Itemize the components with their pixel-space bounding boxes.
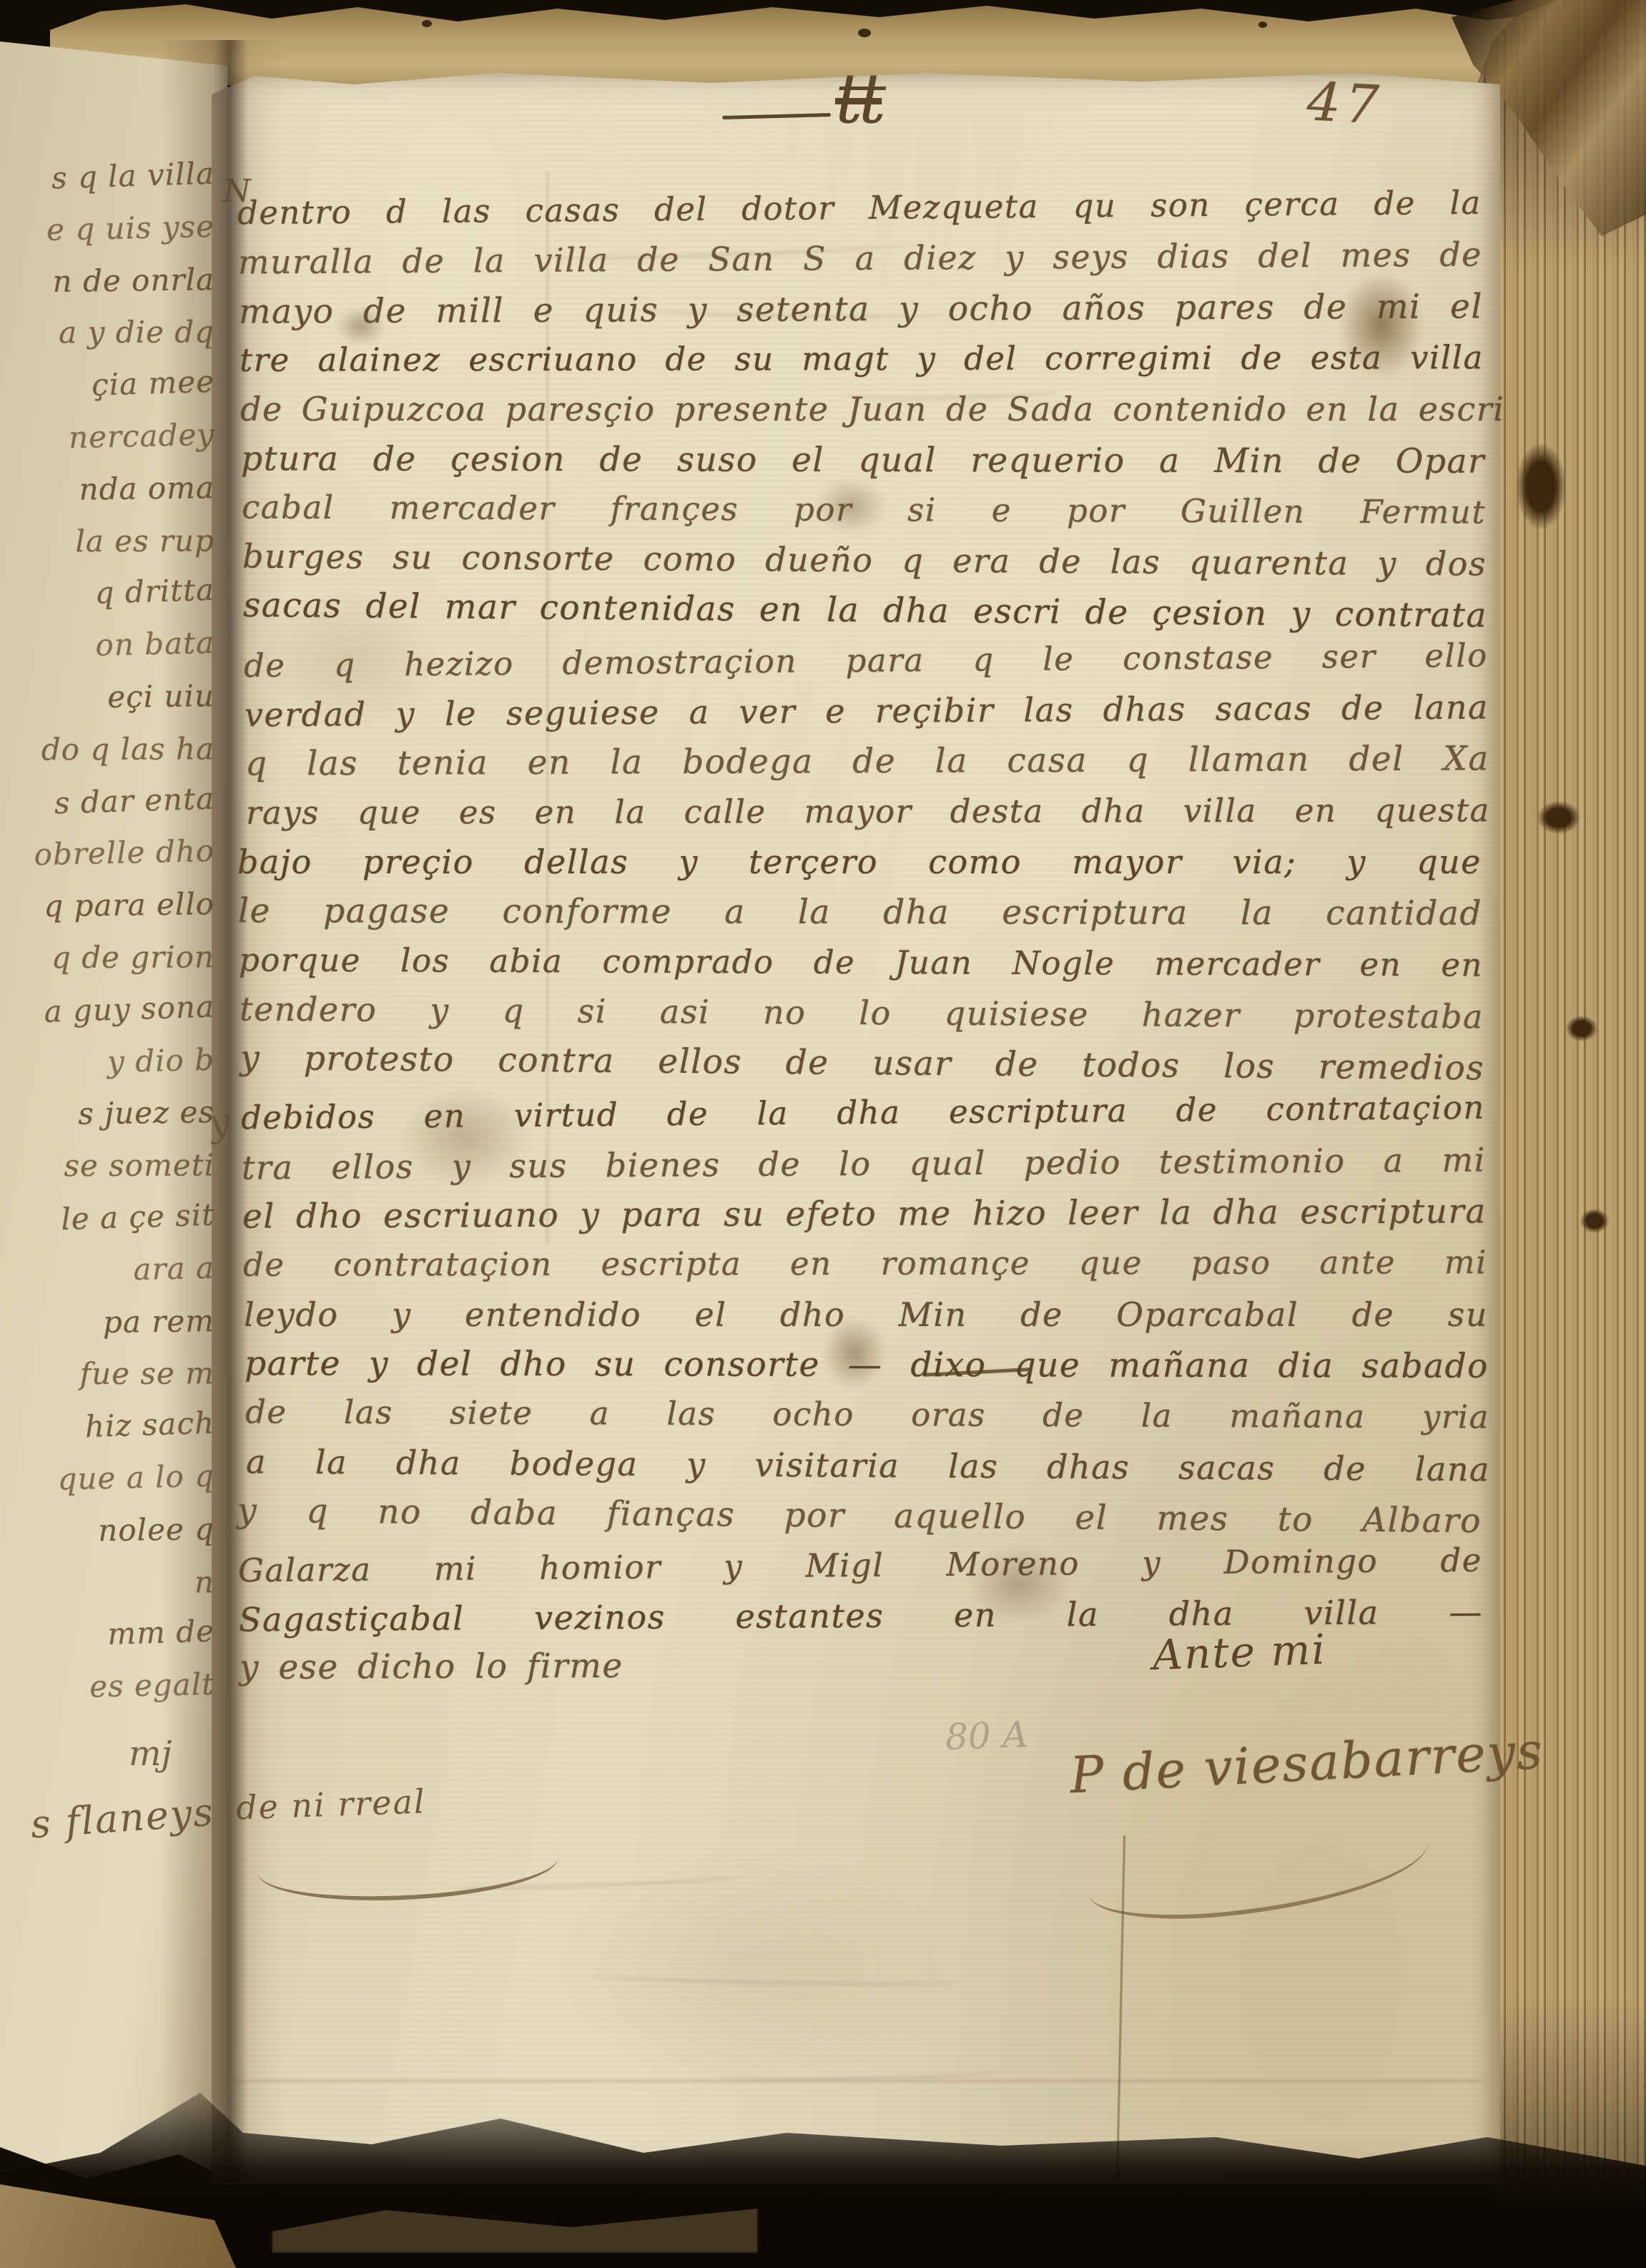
facing-page-line-fragment: es egalt <box>0 1666 220 1707</box>
manuscript-line: tre alainez escriuano de su magt y del c… <box>240 338 1484 393</box>
facing-page-line-fragment: ara a <box>0 1250 220 1290</box>
facing-page-line-fragment: n <box>0 1564 220 1600</box>
manuscript-line: leydo y entendido el dho Min de Oparcaba… <box>244 1295 1488 1347</box>
facing-page-line-fragment: pa rem <box>0 1303 220 1341</box>
manuscript-line: q las tenia en la bodega de la casa q ll… <box>245 740 1489 796</box>
facing-page-line-fragment: s juez es <box>0 1094 220 1132</box>
facing-page-line-fragment: nolee q <box>0 1511 220 1549</box>
facing-page-line-fragment: e q uis yse <box>0 208 220 248</box>
manuscript-line: rays que es en la calle mayor desta dha … <box>246 791 1490 845</box>
fore-edge-stain <box>1566 1016 1597 1041</box>
manuscript-line: y ese dicho lo firme <box>240 1646 624 1699</box>
manuscript-line: mayo de mill e quis y setenta y ocho año… <box>239 287 1483 343</box>
facing-page-line-fragment: que a lo q <box>0 1458 220 1498</box>
manuscript-line: cabal mercader françes por si e por Guil… <box>242 488 1486 544</box>
facing-page-line-fragment: le a çe sit <box>0 1197 221 1238</box>
facing-page-line-fragment: q dritta <box>0 572 221 614</box>
facing-page-line-fragment: fue se m <box>0 1356 220 1392</box>
header-mark-glyph: tt <box>835 59 882 139</box>
manuscript-line: porque los abia comprado de Juan Nogle m… <box>239 941 1483 997</box>
manuscript-line: de contrataçion escripta en romançe que … <box>243 1243 1487 1297</box>
edge-speck <box>422 20 432 27</box>
manuscript-line: verdad y le seguiese a ver e reçibir las… <box>245 688 1489 747</box>
facing-page-line-fragment: çia mee <box>0 363 221 405</box>
fore-edge-stain <box>1516 443 1566 529</box>
paper-crease <box>236 2080 1480 2082</box>
facing-page-line-fragment: do q las ha <box>0 731 220 767</box>
manuscript-line: bajo preçio dellas y terçero como mayor … <box>237 843 1482 894</box>
facing-page-line-fragment: eçi uiu <box>0 678 220 716</box>
facing-page-line-fragment: n de onrla <box>0 262 220 300</box>
manuscript-photo: tt 47 N y dentro d las casas del dotor M… <box>0 0 1646 2268</box>
folio-number: 47 <box>1306 71 1385 136</box>
facing-page-line-fragment: y dio b <box>0 1041 220 1081</box>
fore-edge-stain <box>1580 1209 1609 1233</box>
manuscript-line: muralla de la villa de San S a diez y se… <box>238 235 1482 295</box>
facing-page-line-fragment: s dar enta <box>0 780 221 822</box>
facing-page-line-fragment: on bata <box>0 625 220 665</box>
facing-page-line-fragment: nda oma <box>0 470 220 508</box>
manuscript-line: ptura de çesion de suso el qual requerio… <box>241 439 1485 494</box>
bleedthrough-number: 80 A <box>945 1714 1029 1758</box>
facing-page-line-fragment: s q la villa <box>0 155 221 197</box>
manuscript-line: parte y del dho su consorte — dixo que m… <box>245 1344 1489 1398</box>
facing-page-line-fragment: a guy sona <box>0 988 221 1030</box>
header-dash <box>722 113 831 119</box>
edge-speck <box>858 29 871 37</box>
manuscript-line: tra ellos y sus bienes de lo qual pedio … <box>242 1140 1486 1199</box>
facing-page-line-fragment: se someti <box>0 1148 220 1184</box>
facing-page-line-fragment: a y die dq <box>0 315 220 350</box>
facing-page-line-fragment: hiz sach <box>0 1405 221 1446</box>
facing-page-line-fragment: q para ello <box>0 886 220 924</box>
header-tally-mark: tt <box>722 63 908 156</box>
facing-page-line-fragment: nercadey <box>0 417 220 457</box>
facing-page-line-fragment: obrelle dho <box>0 833 220 873</box>
facing-page-mark: mj <box>129 1734 172 1774</box>
facing-page-line-fragment: q de grion <box>0 939 220 975</box>
manuscript-line: el dho escriuano y para su efeto me hizo… <box>242 1192 1487 1248</box>
facing-page-line-fragment: mm de <box>0 1614 221 1655</box>
fore-edge-stain <box>1537 801 1580 834</box>
fee-note-signature: de ni rreal <box>235 1782 426 1827</box>
ante-mi-attestation: Ante mi <box>1152 1625 1327 1679</box>
edge-speck <box>1258 21 1267 28</box>
facing-page-line-fragment: la es rup <box>0 523 220 559</box>
manuscript-line: le pagase conforme a la dha escriptura l… <box>238 891 1482 946</box>
manuscript-line: de Guipuzcoa paresçio presente Juan de S… <box>240 390 1484 441</box>
manuscript-line: de las siete a las ocho oras de la mañan… <box>245 1393 1489 1450</box>
